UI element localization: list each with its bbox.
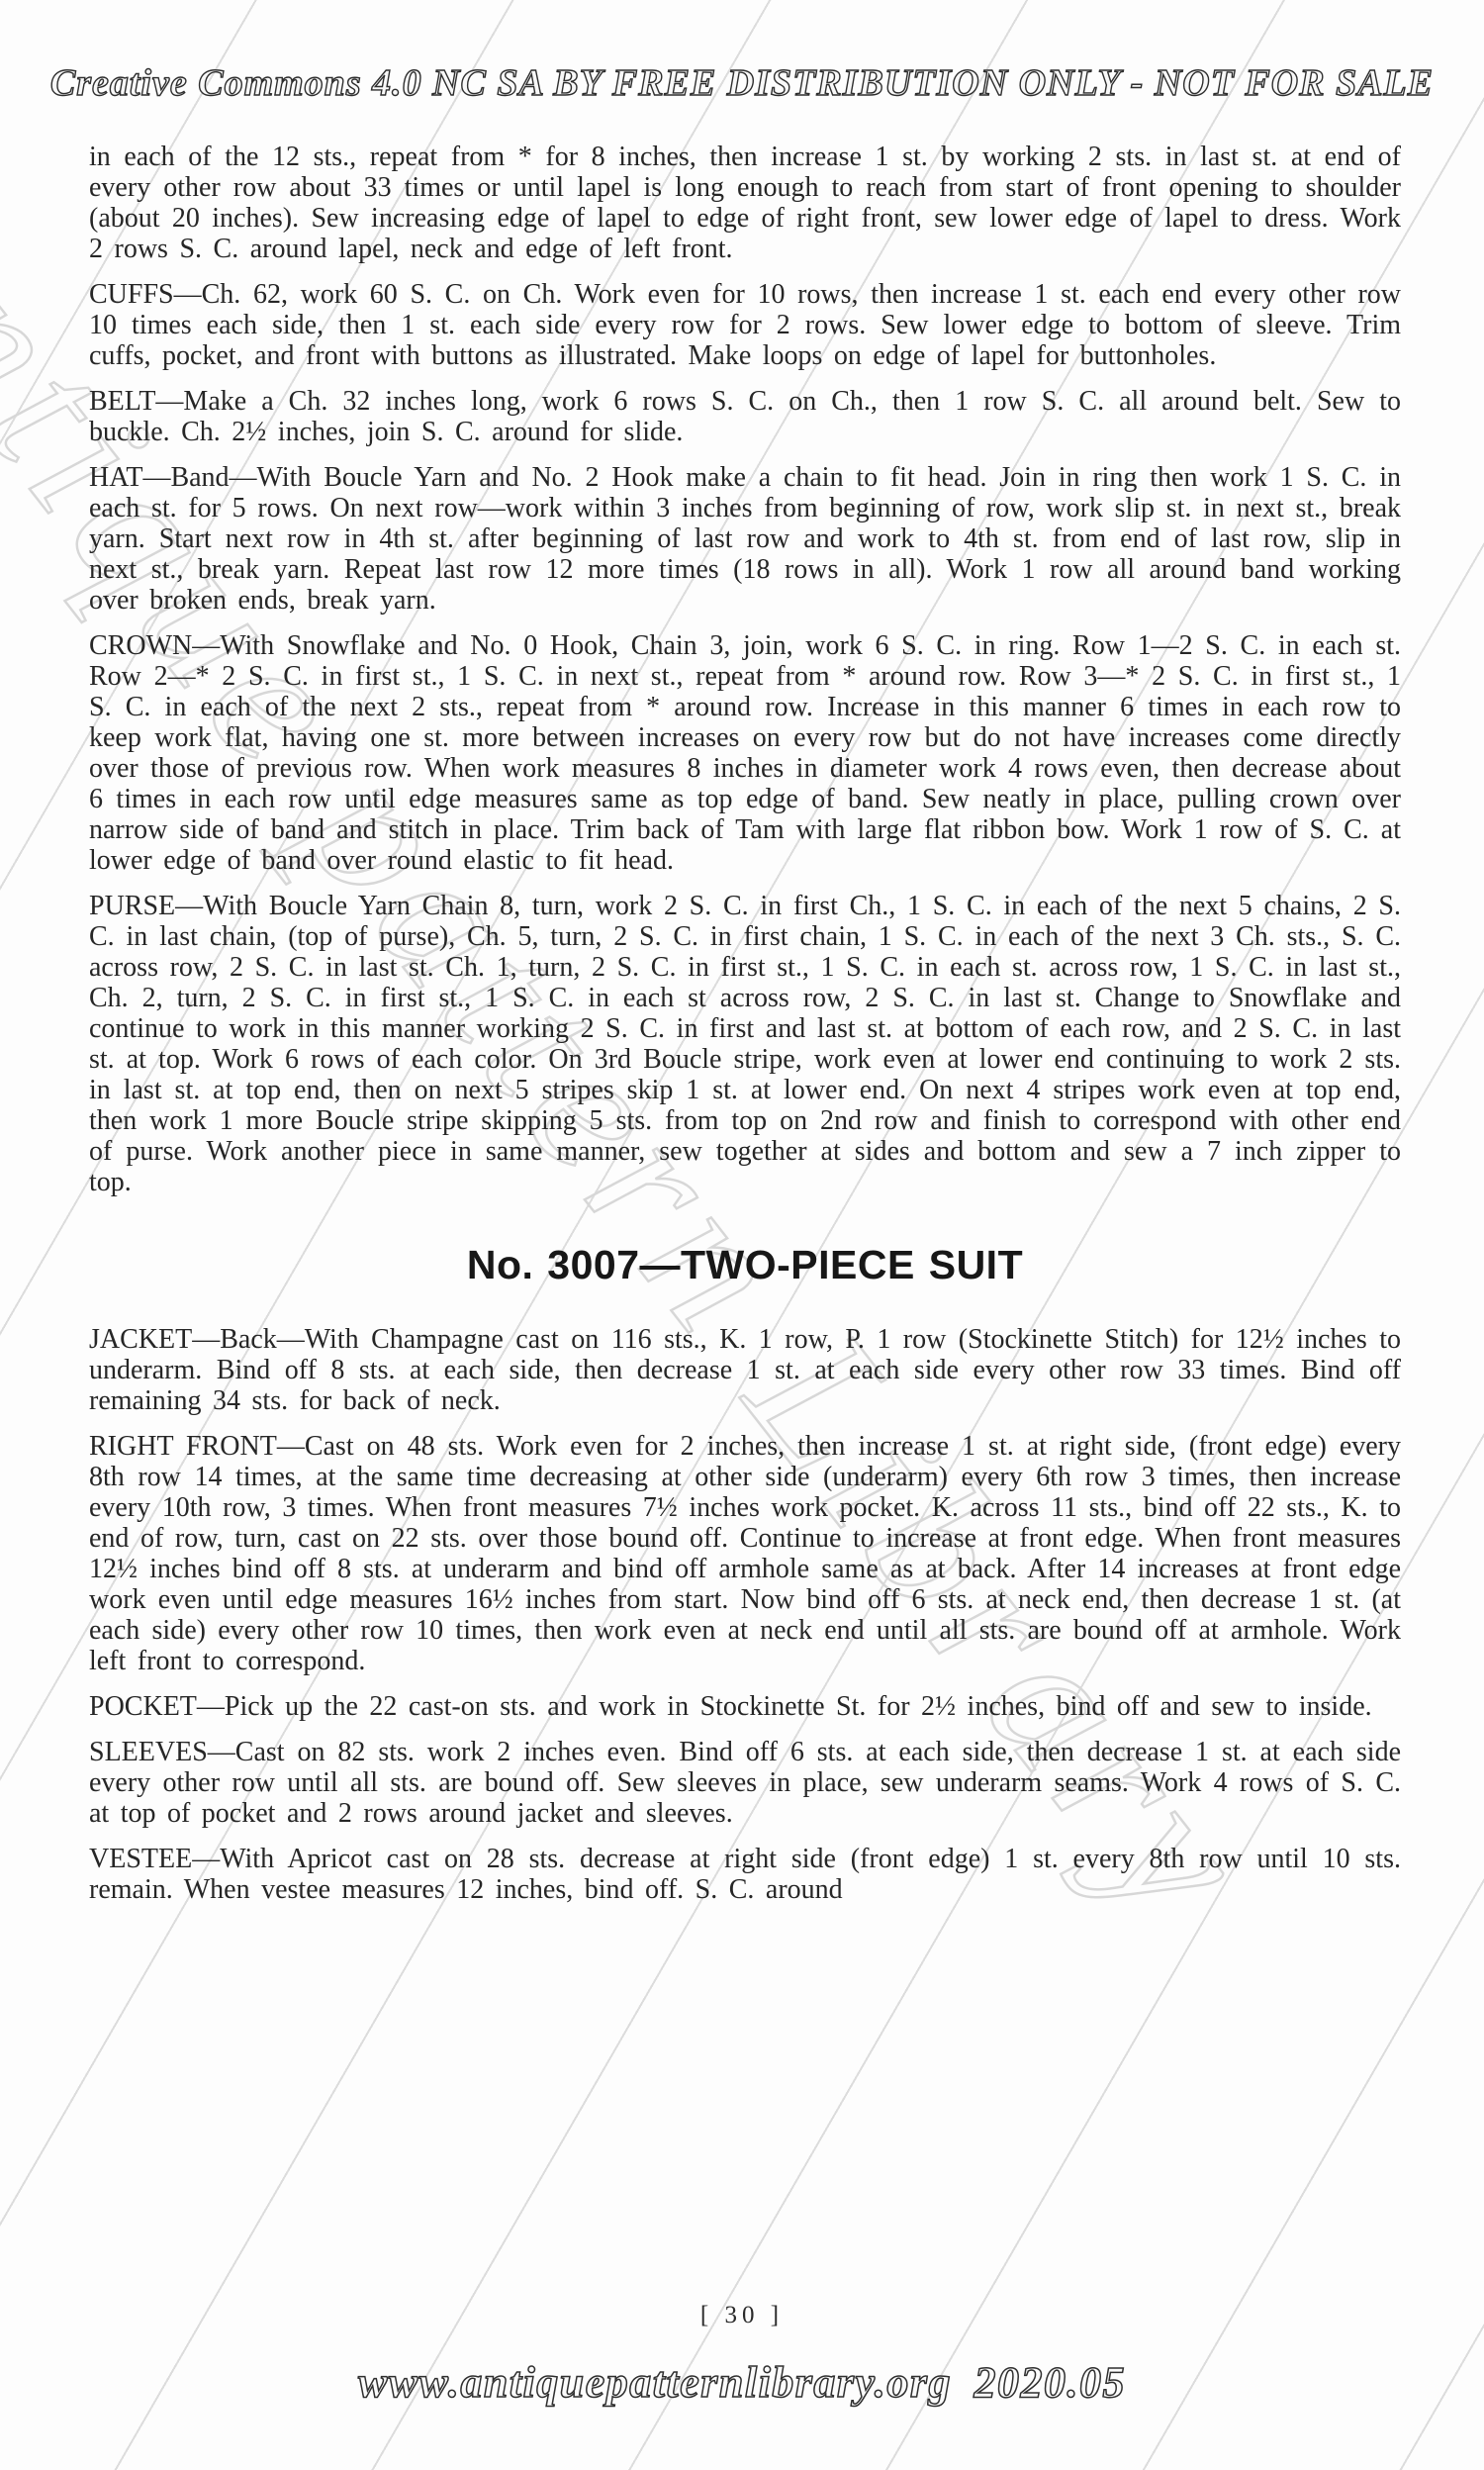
text-column: in each of the 12 sts., repeat from * fo… <box>89 142 1401 1920</box>
paragraph-jacket: JACKET—Back—With Champagne cast on 116 s… <box>89 1324 1401 1416</box>
paragraph-belt: BELT—Make a Ch. 32 inches long, work 6 r… <box>89 386 1401 447</box>
paragraph-purse: PURSE—With Boucle Yarn Chain 8, turn, wo… <box>89 891 1401 1197</box>
pattern-section-heading: No. 3007—TWO-PIECE SUIT <box>89 1243 1401 1286</box>
paragraph-vestee: VESTEE—With Apricot cast on 28 sts. decr… <box>89 1844 1401 1905</box>
paragraph-lapel-continuation: in each of the 12 sts., repeat from * fo… <box>89 142 1401 264</box>
page-number: [ 30 ] <box>0 2302 1484 2329</box>
paragraph-sleeves: SLEEVES—Cast on 82 sts. work 2 inches ev… <box>89 1737 1401 1829</box>
paragraph-right-front: RIGHT FRONT—Cast on 48 sts. Work even fo… <box>89 1431 1401 1676</box>
scanned-pattern-page: Antique pattern Library Creative Commons… <box>0 0 1484 2470</box>
paragraph-pocket: POCKET—Pick up the 22 cast-on sts. and w… <box>89 1691 1401 1722</box>
paragraph-crown: CROWN—With Snowflake and No. 0 Hook, Cha… <box>89 630 1401 876</box>
paragraph-hat: HAT—Band—With Boucle Yarn and No. 2 Hook… <box>89 462 1401 616</box>
footer-url: www.antiquepatternlibrary.org 2020.05 <box>0 2357 1484 2408</box>
license-header: Creative Commons 4.0 NC SA BY FREE DISTR… <box>0 61 1484 105</box>
paragraph-cuffs: CUFFS—Ch. 62, work 60 S. C. on Ch. Work … <box>89 279 1401 371</box>
